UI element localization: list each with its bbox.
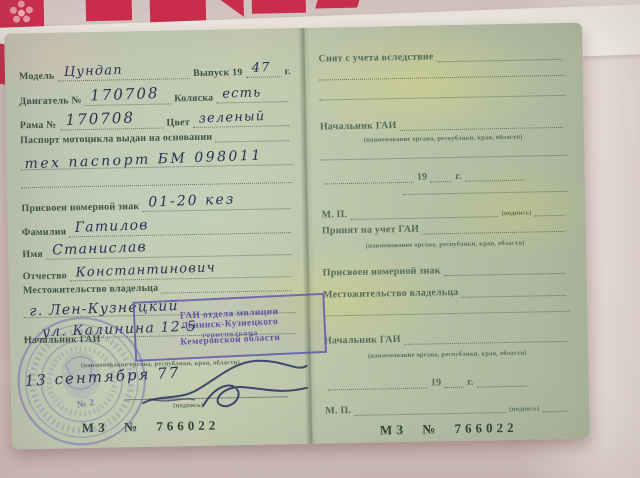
chief-row-2: Начальник ГАИ [324,331,570,347]
mp-row-2: М. П. (подпись) [325,401,571,417]
dotted-line [328,386,428,391]
firstname-label: Имя [22,249,43,260]
model-value: Цундап [63,64,122,79]
round-stamp-center-text: № 2 [76,397,95,411]
accepted-label: Принят на учет ГАИ [322,224,420,237]
model-value-line: Цундап [57,60,190,82]
plate-line: 01-20 кез [142,190,290,212]
sidecar-line: есть [216,83,288,103]
empty-line [319,85,565,101]
surname-row: Фамилия Гатилов [22,214,294,238]
year-suffix: г. [467,377,474,388]
firstname-value: Станислав [52,240,147,257]
residence-label: Местожительство владельца [323,287,459,301]
engine-number-line: 170708 [84,85,171,106]
model-row: Модель Цундап Выпуск 19 47 г. [19,58,291,82]
dotted-line [444,271,566,276]
fabric-red-block [315,0,362,8]
sidecar-value: есть [222,86,262,100]
deregistered-row: Снят с учета вследствие [319,49,565,65]
gai-rect-stamp: ГАИ отдела милиции Ленинск-Кузнецкого го… [132,293,327,362]
year-suffix: г. [455,171,462,182]
dotted-line [350,214,498,220]
surname-value: Гатилов [75,218,149,235]
photo-scene: Модель Цундап Выпуск 19 47 г. Двигатель … [0,0,640,478]
model-label: Модель [19,71,55,83]
date-line-row-2: 19 г. [325,375,571,391]
signature-hint: (подпись) [509,405,539,413]
dotted-line [422,229,565,235]
plate-value: 01-20 кез [148,192,236,209]
signature [138,354,315,419]
right-page: Снят с учета вследствие Начальник ГАИ (н… [310,23,580,444]
frame-number: 170708 [65,110,135,128]
registration-document: Модель Цундап Выпуск 19 47 г. Двигатель … [4,22,590,449]
dotted-line [400,125,563,131]
form-number-row: МЗ № 766022 [326,419,572,440]
fabric-red-triangle [212,0,244,18]
patronymic-value: Константинович [76,261,217,279]
year-prefix: 19 [431,377,442,388]
mp-row-1: М. П. (подпись) [321,205,567,221]
chief-label: Начальник ГАИ [324,334,401,346]
issue-year-label: Выпуск 19 [193,67,243,79]
patronymic-row: Отчество Константинович [22,258,294,282]
surname-label: Фамилия [22,226,67,238]
org-hint-row-3: (наименование органа, республики, края, … [324,349,570,361]
empty-line [323,301,569,317]
frame-label: Рама № [20,120,57,132]
org-hint-row-2: (наименование органа, республики, края, … [322,239,568,251]
color-value: зеленый [199,110,266,125]
org-hint-row-1: (наименование органа, республики, края, … [320,133,566,145]
date-line-row-1: 19 г. [321,169,567,185]
signature-hint: (подпись) [501,209,531,217]
color-line: зеленый [193,107,289,128]
firstname-row: Имя Станислав [22,236,294,260]
dotted-line [477,384,527,388]
empty-line [403,183,567,195]
dotted-line [461,293,566,298]
accepted-row: Принят на учет ГАИ [322,221,568,237]
mp-label: М. П. [321,209,347,220]
dotted-line [444,385,464,388]
mp-label: М. П. [325,405,351,416]
engine-number: 170708 [90,86,160,104]
empty-line [21,170,293,188]
form-number: МЗ № 766022 [380,420,518,439]
fabric-red-block [86,0,133,21]
dotted-line [324,180,414,185]
org-hint: (наименование органа, республики, края, … [368,350,527,360]
dotted-line [535,213,565,217]
plate-row: Присвоен номерной знак [323,263,569,279]
fabric-red-block [252,0,306,14]
surname-line: Гатилов [69,214,291,237]
basis-label: Паспорт мотоцикла выдан на основании [20,132,212,147]
empty-line [319,65,565,81]
dotted-line [404,339,567,345]
sidecar-label: Коляска [174,93,213,105]
deregistered-label: Снят с учета вследствие [319,51,434,64]
residence-row: Местожительство владельца [323,285,569,301]
basis-value-row: тех паспорт БМ 098011 [20,144,292,170]
fabric-flower-motif [18,10,25,17]
dotted-line [436,57,561,62]
dotted-line [215,138,289,142]
org-hint: (наименование органа, республики, края, … [364,134,523,144]
plate-label: Присвоен номерной знак [323,265,441,278]
dotted-line [542,409,568,412]
engine-label: Двигатель № [19,95,82,107]
issue-year-value: 47 [251,61,270,75]
chief-row-1: Начальник ГАИ [320,117,566,133]
color-label: Цвет [166,117,190,128]
issue-year-suffix: г. [284,66,291,77]
org-hint: (наименование органа, республики, края, … [366,240,525,250]
dotted-line [465,178,525,182]
empty-line [320,145,566,161]
frame-number-line: 170708 [59,110,163,131]
patronymic-label: Отчество [23,270,67,282]
issue-year-line: 47 [245,58,281,78]
engine-row: Двигатель № 170708 Коляска есть [19,83,291,107]
dotted-line [354,410,506,416]
dotted-line [430,179,452,182]
plate-row: Присвоен номерной знак 01-20 кез [21,190,293,214]
firstname-line: Станислав [46,236,292,260]
year-prefix: 19 [417,171,428,182]
plate-label: Присвоен номерной знак [21,201,139,214]
frame-row: Рама № 170708 Цвет зеленый [20,107,292,131]
basis-value: тех паспорт БМ 098011 [24,149,263,172]
patronymic-line: Константинович [70,258,292,281]
residence-label: Местожительство владельца [23,283,159,297]
chief-label: Начальник ГАИ [320,120,397,132]
